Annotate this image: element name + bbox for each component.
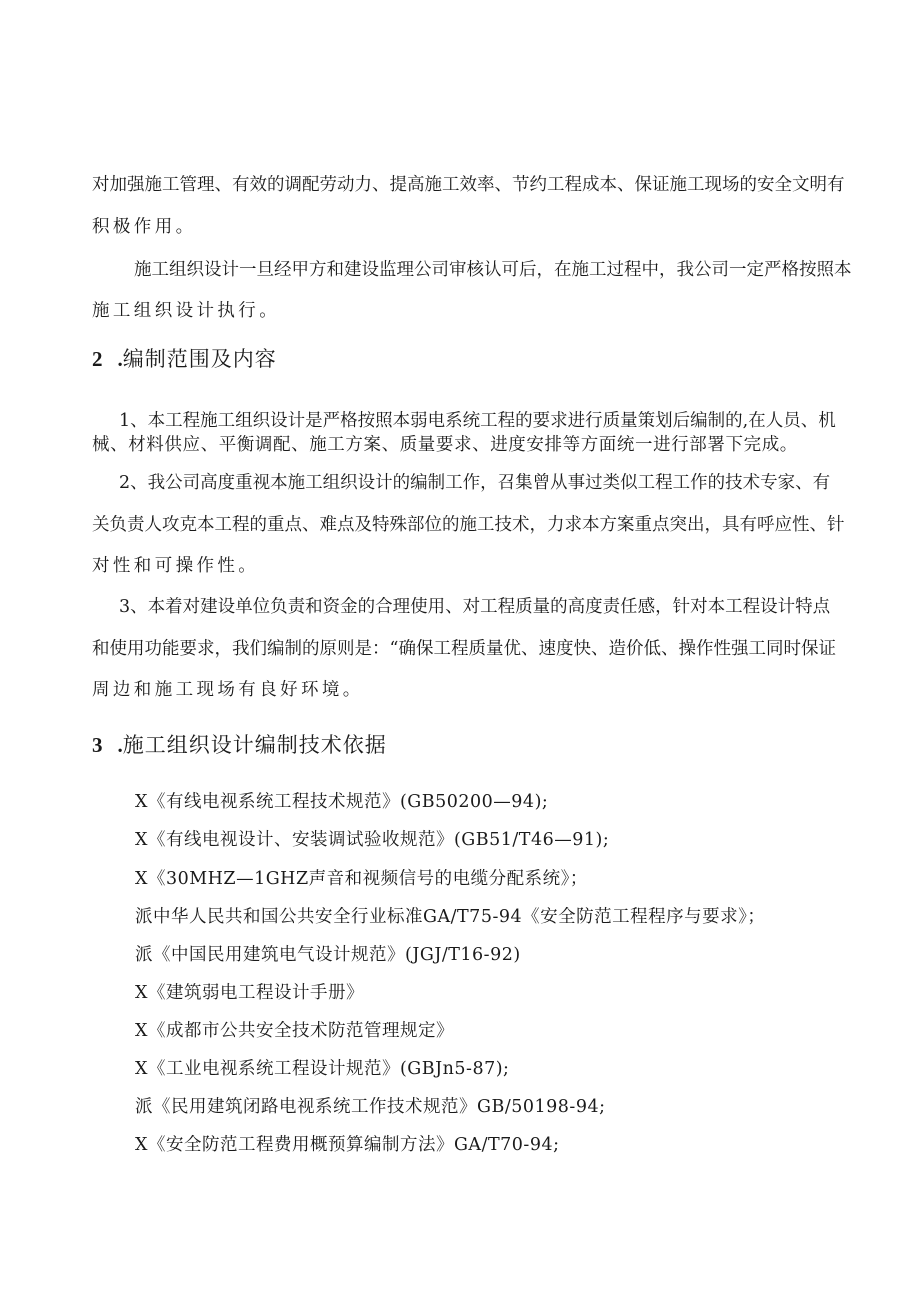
intro-line-2: 积极作用。 (92, 216, 197, 238)
reference-item: 派中华人民共和国公共安全行业标准GA/T75-94《安全防范工程程序与要求》； (135, 906, 765, 928)
intro-line-4: 施工组织设计执行。 (92, 300, 280, 322)
s2-p2-line-1: 2、我公司高度重视本施工组织设计的编制工作，召集曾从事过类似工程工作的技术专家、… (119, 472, 828, 494)
section-2-number: 2 (92, 347, 104, 371)
s2-p3-line-3: 周边和施工现场有良好环境。 (92, 679, 364, 701)
section-3-number: 3 (92, 733, 104, 757)
reference-item: 派《中国民用建筑电气设计规范》(JGJ/T16-92) (135, 944, 521, 966)
reference-item: X《安全防范工程费用概预算编制方法》GA/T70-94; (135, 1134, 560, 1156)
s2-p2-line-3: 对性和可操作性。 (92, 555, 259, 577)
s2-p3-line-2: 和使用功能要求，我们编制的原则是：“确保工程质量优、速度快、造价低、操作性强工同… (92, 638, 828, 660)
intro-line-3: 施工组织设计一旦经甲方和建设监理公司审核认可后，在施工过程中，我公司一定严格按照… (134, 259, 828, 281)
reference-item: X《成都市公共安全技术防范管理规定》 (135, 1020, 454, 1042)
s2-p1-line-1: 1、本工程施工组织设计是严格按照本弱电系统工程的要求进行质量策划后编制的,在人员… (119, 410, 828, 432)
reference-item: X《有线电视设计、安装调试验收规范》(GB51/T46—91); (135, 829, 609, 851)
section-2-heading: 2.编制范围及内容 (92, 346, 277, 372)
reference-item: X《30MHZ—1GHZ声音和视频信号的电缆分配系统》； (135, 868, 588, 890)
reference-item: 派《民用建筑闭路电视系统工作技术规范》GB/50198-94; (135, 1096, 605, 1118)
reference-item: X《建筑弱电工程设计手册》 (135, 982, 364, 1004)
document-page: 对加强施工管理、有效的调配劳动力、提高施工效率、节约工程成本、保证施工现场的安全… (0, 0, 920, 1301)
s2-p2-line-2: 关负责人攻克本工程的重点、难点及特殊部位的施工技术，力求本方案重点突出，具有呼应… (92, 514, 828, 536)
section-3-title: 施工组织设计编制技术依据 (123, 733, 387, 757)
s2-p3-line-1: 3、本着对建设单位负责和资金的合理使用、对工程质量的高度责任感，针对本工程设计特… (119, 596, 828, 618)
reference-item: X《有线电视系统工程技术规范》(GB50200—94); (135, 791, 548, 813)
section-3-heading: 3.施工组织设计编制技术依据 (92, 732, 387, 758)
s2-p1-line-2: 械、材料供应、平衡调配、施工方案、质量要求、进度安排等方面统一进行部署下完成。 (92, 434, 798, 456)
reference-item: X《工业电视系统工程设计规范》(GBJn5-87); (135, 1058, 509, 1080)
intro-line-1: 对加强施工管理、有效的调配劳动力、提高施工效率、节约工程成本、保证施工现场的安全… (92, 174, 828, 196)
section-2-title: 编制范围及内容 (123, 347, 277, 371)
